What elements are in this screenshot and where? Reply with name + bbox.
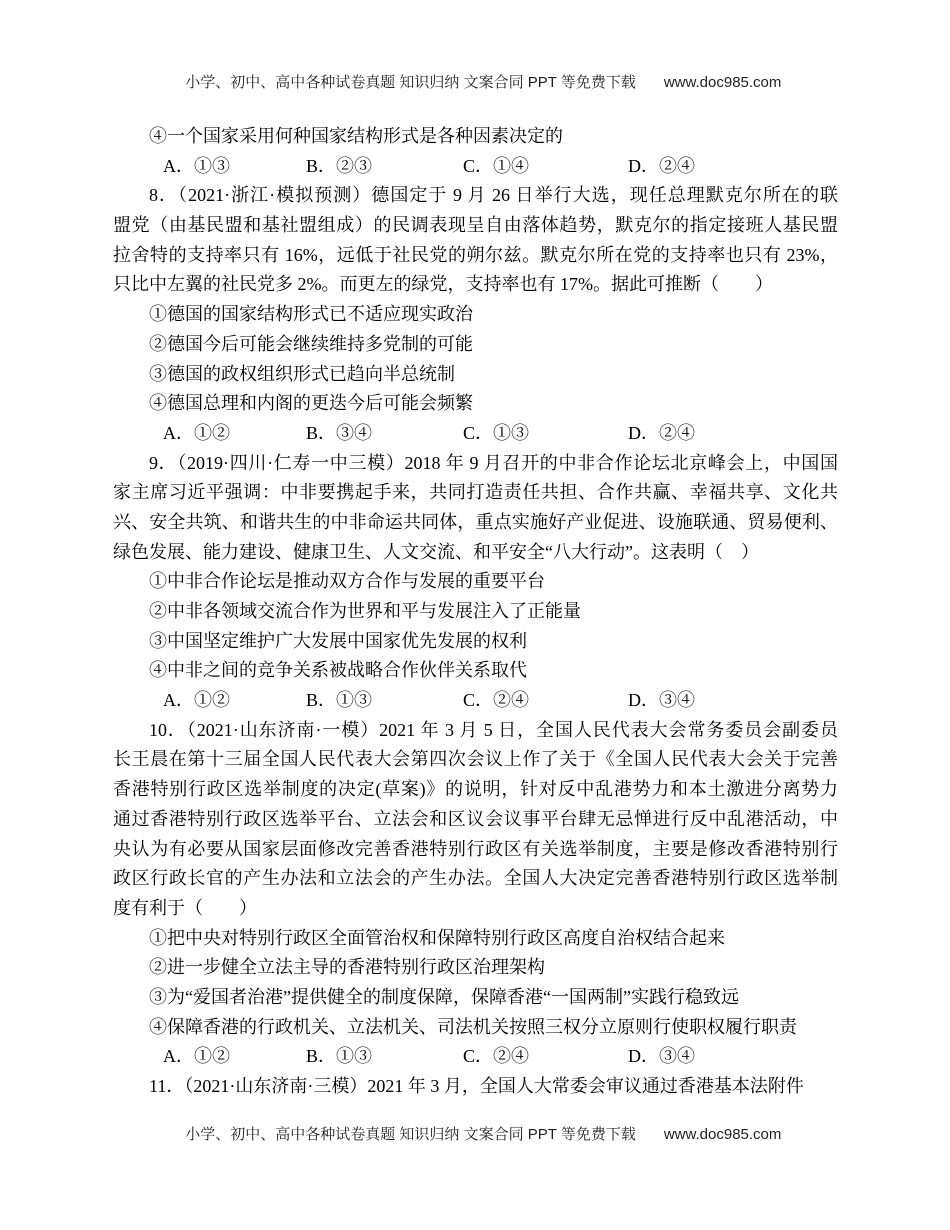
text-line: ④中非之间的竞争关系被战略合作伙伴关系取代	[113, 656, 838, 686]
text-line: 政区行政长官的产生办法和立法会的产生办法。全国人大决定完善香港特别行政区选举制	[113, 864, 838, 894]
text-line: ①把中央对特别行政区全面管治权和保障特别行政区高度自治权结合起来	[113, 924, 838, 954]
options-row: A．①②B．①③C．②④D．③④	[113, 686, 838, 716]
text-line: ③为“爱国者治港”提供健全的制度保障，保障香港“一国两制”实践行稳致远	[113, 983, 838, 1013]
option-d: D．②④	[628, 419, 695, 449]
option-d: D．②④	[628, 152, 695, 182]
options-row: A．①③B．②③C．①④D．②④	[113, 152, 838, 182]
text-line: 家主席习近平强调：中非要携起手来，共同打造责任共担、合作共赢、幸福共享、文化共	[113, 478, 838, 508]
document-body: ④一个国家采用何种国家结构形式是各种因素决定的A．①③B．②③C．①④D．②④8…	[113, 122, 838, 1102]
header-url: www.doc985.com	[664, 74, 782, 91]
option-c: C．①④	[463, 152, 628, 182]
text-line: ①中非合作论坛是推动双方合作与发展的重要平台	[113, 567, 838, 597]
page-footer: 小学、初中、高中各种试卷真题 知识归纳 文案合同 PPT 等免费下载www.do…	[0, 1106, 950, 1161]
document-page: 小学、初中、高中各种试卷真题 知识归纳 文案合同 PPT 等免费下载www.do…	[0, 0, 950, 1230]
text-line: 绿色发展、能力建设、健康卫生、人文交流、和平安全“八大行动”。这表明（ ）	[113, 538, 838, 568]
text-line: 香港特别行政区选举制度的决定(草案)》的说明，针对反中乱港势力和本土激进分离势力	[113, 775, 838, 805]
text-line: ②德国今后可能会继续维持多党制的可能	[113, 330, 838, 360]
option-c: C．①③	[463, 419, 628, 449]
page-header: 小学、初中、高中各种试卷真题 知识归纳 文案合同 PPT 等免费下载www.do…	[0, 54, 950, 109]
text-line: 长王晨在第十三届全国人民代表大会第四次会议上作了关于《全国人民代表大会关于完善	[113, 745, 838, 775]
option-b: B．②③	[306, 152, 463, 182]
text-line: 兴、安全共筑、和谐共生的中非命运共同体，重点实施好产业促进、设施联通、贸易便利、	[113, 508, 838, 538]
option-d: D．③④	[628, 1042, 695, 1072]
text-line: 8．（2021·浙江·模拟预测）德国定于 9 月 26 日举行大选，现任总理默克…	[113, 181, 838, 211]
text-line: 只比中左翼的社民党多 2%。而更左的绿党，支持率也有 17%。据此可推断（ ）	[113, 270, 838, 300]
option-a: A．①②	[163, 686, 306, 716]
text-line: 10．（2021·山东济南·一模）2021 年 3 月 5 日，全国人民代表大会…	[113, 716, 838, 746]
option-b: B．①③	[306, 1042, 463, 1072]
text-line: ①德国的国家结构形式已不适应现实政治	[113, 300, 838, 330]
header-promo-text: 小学、初中、高中各种试卷真题 知识归纳 文案合同 PPT 等免费下载	[185, 74, 636, 91]
options-row: A．①②B．③④C．①③D．②④	[113, 419, 838, 449]
text-line: 度有利于（ ）	[113, 894, 838, 924]
text-line: ③德国的政权组织形式已趋向半总统制	[113, 360, 838, 390]
text-line: 拉舍特的支持率只有 16%，远低于社民党的朔尔兹。默克尔所在党的支持率也只有 2…	[113, 241, 838, 271]
options-row: A．①②B．①③C．②④D．③④	[113, 1042, 838, 1072]
text-line: 9．（2019·四川·仁寿一中三模）2018 年 9 月召开的中非合作论坛北京峰…	[113, 449, 838, 479]
text-line: ④一个国家采用何种国家结构形式是各种因素决定的	[113, 122, 838, 152]
option-d: D．③④	[628, 686, 695, 716]
option-c: C．②④	[463, 686, 628, 716]
option-a: A．①②	[163, 419, 306, 449]
option-b: B．③④	[306, 419, 463, 449]
footer-promo-text: 小学、初中、高中各种试卷真题 知识归纳 文案合同 PPT 等免费下载	[185, 1126, 636, 1143]
option-a: A．①③	[163, 152, 306, 182]
text-line: ④德国总理和内阁的更迭今后可能会频繁	[113, 389, 838, 419]
footer-url: www.doc985.com	[664, 1126, 782, 1143]
text-line: ④保障香港的行政机关、立法机关、司法机关按照三权分立原则行使职权履行职责	[113, 1013, 838, 1043]
text-line: 11．（2021·山东济南·三模）2021 年 3 月，全国人大常委会审议通过香…	[113, 1072, 838, 1102]
text-line: 通过香港特别行政区选举平台、立法会和区议会议事平台肆无忌惮进行反中乱港活动，中	[113, 805, 838, 835]
text-line: ③中国坚定维护广大发展中国家优先发展的权利	[113, 627, 838, 657]
option-c: C．②④	[463, 1042, 628, 1072]
option-b: B．①③	[306, 686, 463, 716]
text-line: 盟党（由基民盟和基社盟组成）的民调表现呈自由落体趋势，默克尔的指定接班人基民盟	[113, 211, 838, 241]
text-line: ②中非各领域交流合作为世界和平与发展注入了正能量	[113, 597, 838, 627]
text-line: ②进一步健全立法主导的香港特别行政区治理架构	[113, 953, 838, 983]
option-a: A．①②	[163, 1042, 306, 1072]
text-line: 央认为有必要从国家层面修改完善香港特别行政区有关选举制度，主要是修改香港特别行	[113, 835, 838, 865]
